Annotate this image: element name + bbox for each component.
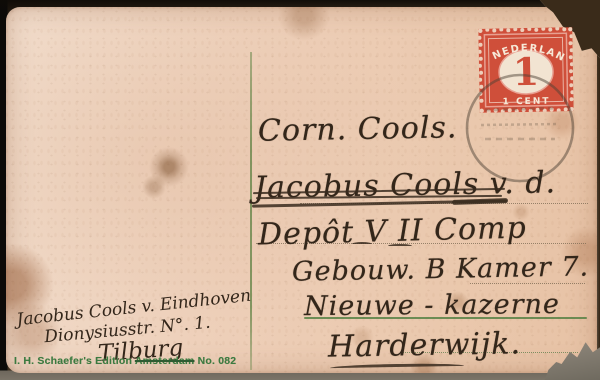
address-struck-name-line: Jacobus Cools v. d. bbox=[254, 165, 557, 205]
publisher-imprint: I. H. Schaefer's Edition Amsterdam No. 0… bbox=[14, 355, 236, 367]
address-building-line: Gebouw. B Kamer 7. bbox=[292, 251, 590, 287]
address-divider-line bbox=[250, 52, 252, 370]
publisher-imprint-struck-city: Amsterdam bbox=[135, 355, 195, 367]
underline-II bbox=[388, 244, 412, 246]
address-city-line: Harderwijk. bbox=[328, 326, 522, 364]
publisher-imprint-number: No. 082 bbox=[194, 355, 236, 367]
address-name-line: Corn. Cools. bbox=[258, 110, 458, 148]
postmark-date-smudge bbox=[481, 108, 559, 139]
address-depot-line: Depôt V II Comp bbox=[258, 210, 528, 252]
postcard-photo: NEDERLAND 1 1 CENT Corn. Cools. Jacobus … bbox=[0, 0, 600, 380]
underline-V bbox=[352, 242, 372, 244]
address-barracks-line: Nieuwe - kazerne bbox=[304, 289, 560, 322]
publisher-imprint-prefix: I. H. Schaefer's Edition bbox=[14, 355, 135, 367]
